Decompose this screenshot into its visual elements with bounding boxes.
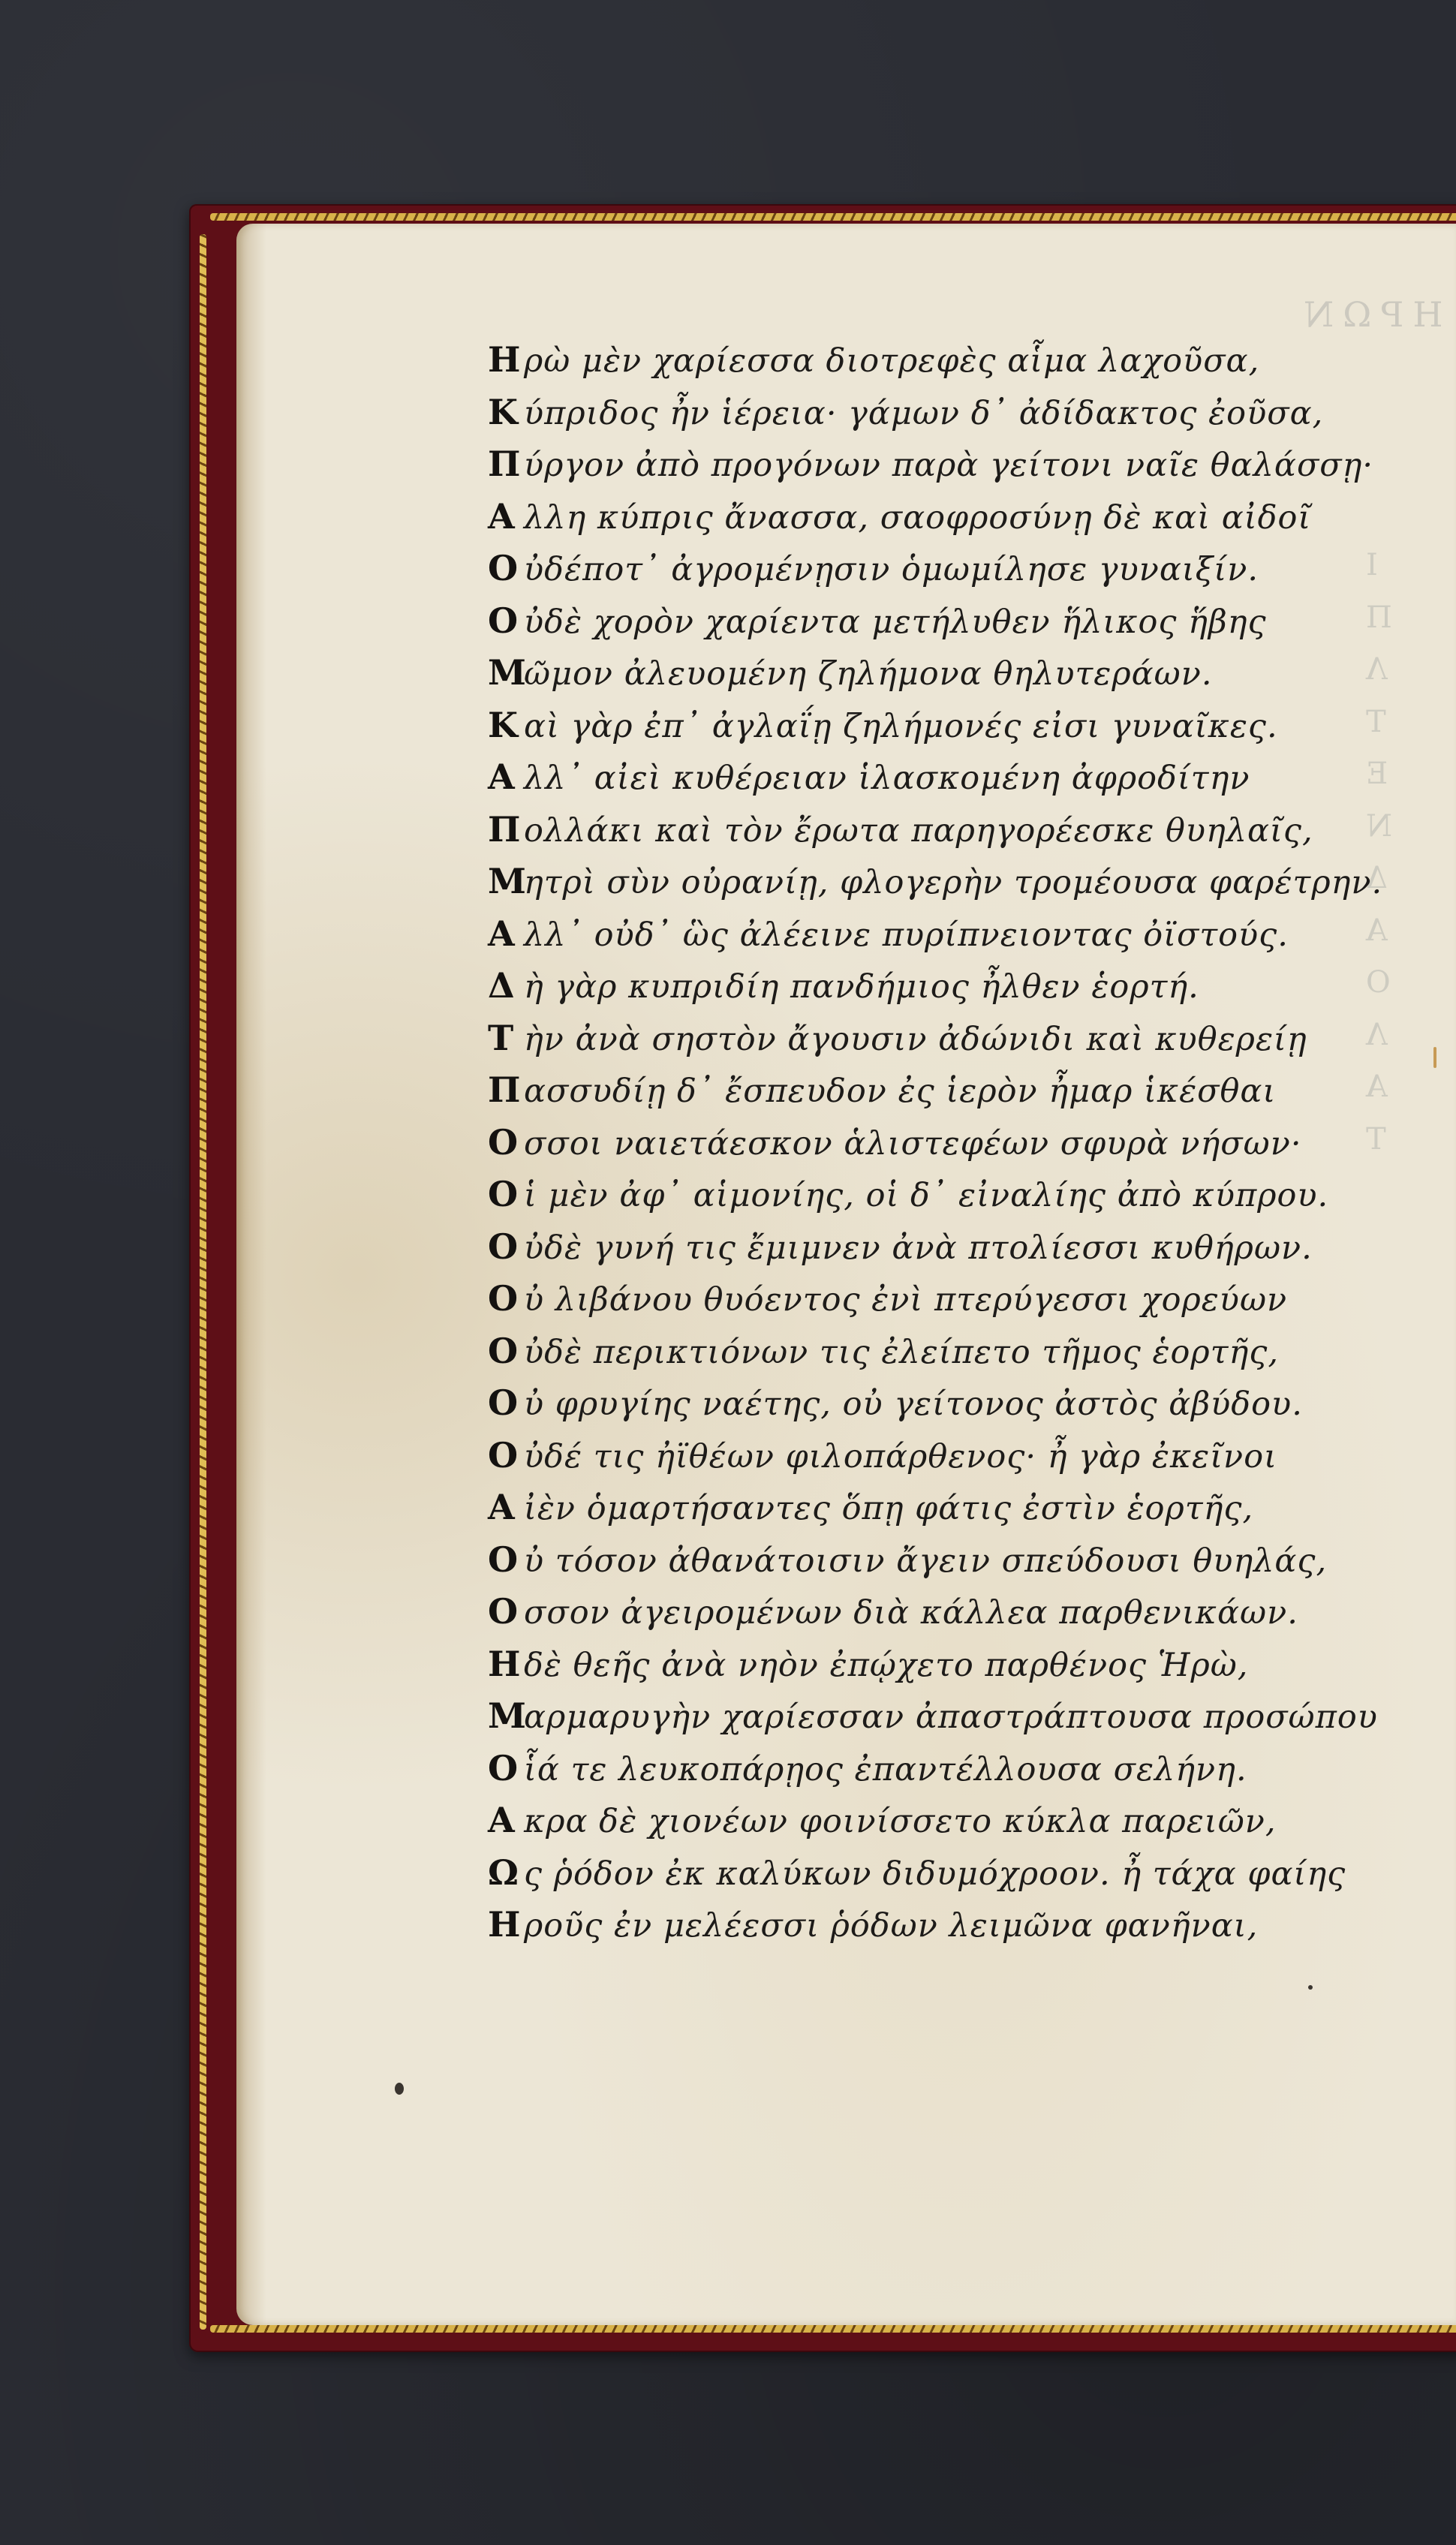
initial-capital: Μ bbox=[488, 1690, 521, 1743]
show-through-letter: Ι bbox=[1366, 548, 1378, 582]
verse-text: ὐ φρυγίης ναέτης, οὐ γείτονος ἀστὸς ἀβύδ… bbox=[521, 1379, 1303, 1431]
verse-line: Πολλάκι καὶ τὸν ἔρωτα παρηγορέεσκε θυηλα… bbox=[488, 804, 1351, 856]
initial-capital: Ο bbox=[488, 1377, 521, 1430]
verse-text: ἷά τε λευκοπάρῃος ἐπαντέλλουσα σελήνη. bbox=[521, 1744, 1247, 1797]
verse-text: ὐδέποτ᾽ ἀγρομένῃσιν ὁμωμίλησε γυναιξίν. bbox=[521, 544, 1259, 597]
verse-line: Οἱ μὲν ἀφ᾽ αἱμονίης, οἱ δ᾽ εἰναλίης ἀπὸ … bbox=[488, 1169, 1351, 1221]
verse-text: ἰὲν ὁμαρτήσαντες ὅπῃ φάτις ἐστὶν ἑορτῆς, bbox=[521, 1483, 1253, 1536]
ink-speck bbox=[395, 2083, 404, 2095]
initial-capital: Ο bbox=[488, 1273, 521, 1325]
verse-line: Οὐ φρυγίης ναέτης, οὐ γείτονος ἀστὸς ἀβύ… bbox=[488, 1377, 1351, 1430]
verse-line: Ακρα δὲ χιονέων φοινίσσετο κύκλα παρειῶν… bbox=[488, 1794, 1351, 1847]
verse-text: ὐ λιβάνου θυόεντος ἐνὶ πτερύγεσσι χορεύω… bbox=[521, 1274, 1287, 1327]
verse-text: ὐ τόσον ἀθανάτοισιν ἄγειν σπεύδουσι θυηλ… bbox=[521, 1536, 1327, 1588]
show-through-letter: Π bbox=[1366, 600, 1392, 635]
verse-line: Καὶ γὰρ ἐπ᾽ ἀγλαΐῃ ζηλήμονές εἰσι γυναῖκ… bbox=[488, 699, 1351, 752]
verse-text: ἱ μὲν ἀφ᾽ αἱμονίης, οἱ δ᾽ εἰναλίης ἀπὸ κ… bbox=[521, 1170, 1328, 1223]
verse-line: Ηρὼ μὲν χαρίεσσα διοτρεφὲς αἷμα λαχοῦσα, bbox=[488, 334, 1351, 387]
initial-capital: Ο bbox=[488, 1586, 521, 1638]
verse-line: Οὐδὲ περικτιόνων τις ἐλείπετο τῆμος ἑορτ… bbox=[488, 1325, 1351, 1378]
verse-text: ὐδὲ γυνή τις ἔμιμνεν ἀνὰ πτολίεσσι κυθήρ… bbox=[521, 1223, 1313, 1275]
initial-capital: Μ bbox=[488, 856, 521, 908]
verse-text: αρμαρυγὴν χαρίεσσαν ἀπαστράπτουσα προσώπ… bbox=[521, 1692, 1378, 1744]
margin-dot bbox=[1308, 1985, 1313, 1990]
initial-capital: Α bbox=[488, 1482, 521, 1534]
verse-line: Πύργον ἀπὸ προγόνων παρὰ γείτονι ναῖε θα… bbox=[488, 438, 1351, 491]
verse-text: σσοι ναιετάεσκον ἁλιστεφέων σφυρὰ νήσων· bbox=[521, 1118, 1302, 1171]
verse-line: Πασσυδίῃ δ᾽ ἔσπευδον ἐς ἱερὸν ἦμαρ ἱκέσθ… bbox=[488, 1064, 1351, 1117]
verse-line: Αλλη κύπρις ἄνασσα, σαοφροσύνῃ δὲ καὶ αἰ… bbox=[488, 491, 1351, 543]
initial-capital: Π bbox=[488, 1064, 521, 1117]
verse-text: δὲ θεῆς ἀνὰ νηὸν ἐπῴχετο παρθένος Ἡρὼ, bbox=[521, 1640, 1248, 1692]
initial-capital: Π bbox=[488, 804, 521, 856]
verse-text: λλ᾽ οὐδ᾽ ὣς ἀλέεινε πυρίπνειοντας ὀϊστού… bbox=[521, 910, 1289, 962]
initial-capital: Ο bbox=[488, 1325, 521, 1378]
show-through-running-head: ΜΟΥΣΑΙΟΥ ΗΡΩΝ bbox=[1295, 294, 1456, 335]
verse-line: Οἷά τε λευκοπάρῃος ἐπαντέλλουσα σελήνη. bbox=[488, 1743, 1351, 1795]
verse-text: ὐδὲ χορὸν χαρίεντα μετήλυθεν ἥλικος ἥβης bbox=[521, 597, 1267, 649]
initial-capital: Α bbox=[488, 751, 521, 804]
show-through-letter: Α bbox=[1366, 1069, 1388, 1104]
initial-capital: Κ bbox=[488, 387, 521, 439]
initial-capital: Ο bbox=[488, 1534, 521, 1587]
initial-capital: Η bbox=[488, 1638, 521, 1691]
verse-line: Οὐδέποτ᾽ ἀγρομένῃσιν ὁμωμίλησε γυναιξίν. bbox=[488, 543, 1351, 595]
initial-capital: Ο bbox=[488, 1117, 521, 1169]
verse-line: Οὐδὲ γυνή τις ἔμιμνεν ἀνὰ πτολίεσσι κυθή… bbox=[488, 1221, 1351, 1274]
initial-capital: Ο bbox=[488, 543, 521, 595]
verse-text: λλ᾽ αἰεὶ κυθέρειαν ἱλασκομένη ἀφροδίτην bbox=[521, 753, 1250, 805]
show-through-letter: Α bbox=[1366, 913, 1388, 948]
verse-line: Μητρὶ σὺν οὐρανίῃ, φλογερὴν τρομέουσα φα… bbox=[488, 856, 1351, 908]
verse-line: Ηροῦς ἐν μελέεσσι ῥόδων λειμῶνα φανῆναι, bbox=[488, 1899, 1351, 1951]
verse-text: ασσυδίῃ δ᾽ ἔσπευδον ἐς ἱερὸν ἦμαρ ἱκέσθα… bbox=[521, 1066, 1276, 1118]
show-through-letter: Λ bbox=[1366, 1018, 1388, 1052]
initial-capital: Ο bbox=[488, 1430, 521, 1482]
initial-capital: Η bbox=[488, 1899, 521, 1951]
initial-capital: Ο bbox=[488, 1743, 521, 1795]
verse-line: Οσσον ἀγειρομένων διὰ κάλλεα παρθενικάων… bbox=[488, 1586, 1351, 1638]
initial-capital: Π bbox=[488, 438, 521, 491]
initial-capital: Ο bbox=[488, 595, 521, 648]
verse-line: Οὐ τόσον ἀθανάτοισιν ἄγειν σπεύδουσι θυη… bbox=[488, 1534, 1351, 1587]
verse-text: ὐδὲ περικτιόνων τις ἐλείπετο τῆμος ἑορτῆ… bbox=[521, 1327, 1279, 1379]
verse-text: ολλάκι καὶ τὸν ἔρωτα παρηγορέεσκε θυηλαῖ… bbox=[521, 805, 1313, 858]
gilt-rope-border-left bbox=[200, 234, 206, 2330]
initial-capital: Τ bbox=[488, 1012, 521, 1065]
show-through-letter: Ε bbox=[1366, 757, 1388, 791]
gilt-rope-border-bottom bbox=[210, 2325, 1456, 2333]
verse-line: Κύπριδος ἦν ἱέρεια· γάμων δ᾽ ἀδίδακτος ἐ… bbox=[488, 387, 1351, 439]
verse-text: αὶ γὰρ ἐπ᾽ ἀγλαΐῃ ζηλήμονές εἰσι γυναῖκε… bbox=[521, 701, 1278, 754]
verse-text: ύπριδος ἦν ἱέρεια· γάμων δ᾽ ἀδίδακτος ἐο… bbox=[521, 388, 1323, 441]
initial-capital: Α bbox=[488, 491, 521, 543]
initial-capital: Δ bbox=[488, 960, 521, 1012]
greek-verse-text: Ηρὼ μὲν χαρίεσσα διοτρεφὲς αἷμα λαχοῦσα,… bbox=[488, 334, 1351, 1951]
initial-capital: Κ bbox=[488, 699, 521, 752]
verse-line: Μαρμαρυγὴν χαρίεσσαν ἀπαστράπτουσα προσώ… bbox=[488, 1690, 1351, 1743]
verse-line: Οὐδέ τις ἠϊθέων φιλοπάρθενος· ἦ γὰρ ἐκεῖ… bbox=[488, 1430, 1351, 1482]
verse-line: Αἰὲν ὁμαρτήσαντες ὅπῃ φάτις ἐστὶν ἑορτῆς… bbox=[488, 1482, 1351, 1534]
verse-line: Οὐδὲ χορὸν χαρίεντα μετήλυθεν ἥλικος ἥβη… bbox=[488, 595, 1351, 648]
red-fiber-mark bbox=[1433, 1047, 1436, 1068]
verse-text: ὐδέ τις ἠϊθέων φιλοπάρθενος· ἦ γὰρ ἐκεῖν… bbox=[521, 1431, 1277, 1484]
initial-capital: Ο bbox=[488, 1169, 521, 1221]
verse-line: Ηδὲ θεῆς ἀνὰ νηὸν ἐπῴχετο παρθένος Ἡρὼ, bbox=[488, 1638, 1351, 1691]
verse-text: λλη κύπρις ἄνασσα, σαοφροσύνῃ δὲ καὶ αἰδ… bbox=[521, 492, 1311, 545]
show-through-letter: Τ bbox=[1366, 1122, 1386, 1157]
gilt-rope-border-top bbox=[210, 213, 1456, 221]
initial-capital: Μ bbox=[488, 647, 521, 699]
verse-line: Αλλ᾽ αἰεὶ κυθέρειαν ἱλασκομένη ἀφροδίτην bbox=[488, 751, 1351, 804]
verse-line: Ως ῥόδον ἐκ καλύκων διδυμόχροον. ἦ τάχα … bbox=[488, 1847, 1351, 1900]
initial-capital: Α bbox=[488, 1794, 521, 1847]
initial-capital: Ο bbox=[488, 1221, 521, 1274]
verse-line: Δὴ γὰρ κυπριδίη πανδήμιος ἦλθεν ἑορτή. bbox=[488, 960, 1351, 1012]
verse-text: ροῦς ἐν μελέεσσι ῥόδων λειμῶνα φανῆναι, bbox=[521, 1900, 1258, 1953]
verse-text: ητρὶ σὺν οὐρανίῃ, φλογερὴν τρομέουσα φαρ… bbox=[521, 857, 1382, 910]
verse-text: ὴ γὰρ κυπριδίη πανδήμιος ἦλθεν ἑορτή. bbox=[521, 961, 1199, 1014]
verse-line: Οσσοι ναιετάεσκον ἁλιστεφέων σφυρὰ νήσων… bbox=[488, 1117, 1351, 1169]
show-through-letter: Ν bbox=[1366, 809, 1392, 844]
verse-line: Αλλ᾽ οὐδ᾽ ὣς ἀλέεινε πυρίπνειοντας ὀϊστο… bbox=[488, 908, 1351, 961]
initial-capital: Ω bbox=[488, 1847, 521, 1900]
verse-line: Τὴν ἀνὰ σηστὸν ἄγουσιν ἀδώνιδι καὶ κυθερ… bbox=[488, 1012, 1351, 1065]
show-through-letter: Λ bbox=[1366, 652, 1388, 687]
verse-text: ὴν ἀνὰ σηστὸν ἄγουσιν ἀδώνιδι καὶ κυθερε… bbox=[521, 1014, 1307, 1066]
verse-line: Οὐ λιβάνου θυόεντος ἐνὶ πτερύγεσσι χορεύ… bbox=[488, 1273, 1351, 1325]
show-through-letter: Ο bbox=[1366, 965, 1391, 1000]
verse-text: σσον ἀγειρομένων διὰ κάλλεα παρθενικάων. bbox=[521, 1587, 1298, 1640]
initial-capital: Α bbox=[488, 908, 521, 961]
show-through-letter: Τ bbox=[1366, 705, 1386, 739]
verse-text: κρα δὲ χιονέων φοινίσσετο κύκλα παρειῶν, bbox=[521, 1796, 1277, 1849]
verse-text: ῶμον ἀλευομένη ζηλήμονα θηλυτεράων. bbox=[521, 648, 1213, 701]
verse-text: ς ῥόδον ἐκ καλύκων διδυμόχροον. ἦ τάχα φ… bbox=[521, 1849, 1346, 1901]
verse-line: Μῶμον ἀλευομένη ζηλήμονα θηλυτεράων. bbox=[488, 647, 1351, 699]
verse-text: ύργον ἀπὸ προγόνων παρὰ γείτονι ναῖε θαλ… bbox=[521, 440, 1373, 492]
initial-capital: Η bbox=[488, 334, 521, 387]
verse-text: ρὼ μὲν χαρίεσσα διοτρεφὲς αἷμα λαχοῦσα, bbox=[521, 335, 1259, 388]
